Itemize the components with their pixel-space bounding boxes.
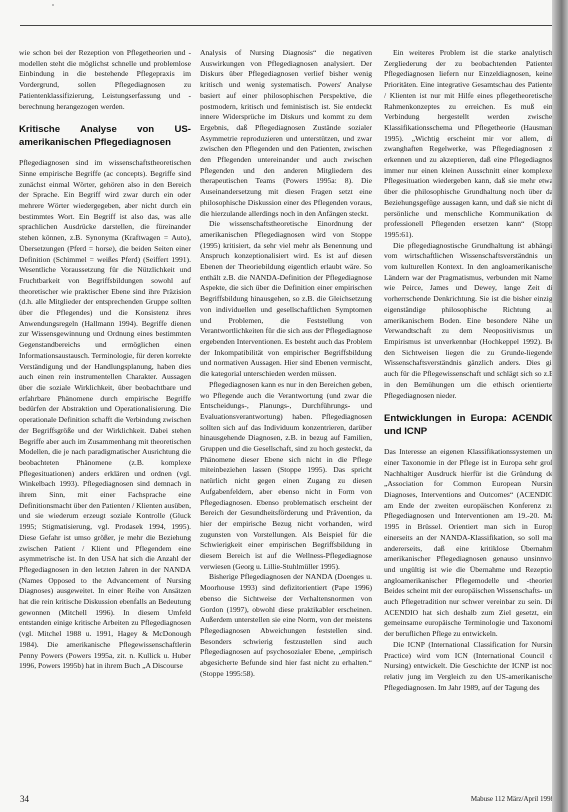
header-rule [20, 25, 555, 26]
body-paragraph: Bisherige Pflegediagnosen der NANDA (Doe… [200, 572, 372, 679]
scan-speck [52, 4, 54, 6]
column-3: Ein weiteres Problem ist die starke anal… [384, 48, 556, 693]
body-paragraph: Pflegediagnosen sind im wissenschaftsthe… [19, 158, 191, 672]
body-paragraph: Ein weiteres Problem ist die starke anal… [384, 48, 556, 241]
body-paragraph: Die pflegediagnostische Grundhaltung ist… [384, 241, 556, 402]
column-2: Analysis of Nursing Diagnosis“ die negat… [200, 48, 372, 679]
publication-info: Mabuse 112 März/April 1998 [471, 795, 554, 803]
body-paragraph: Analysis of Nursing Diagnosis“ die negat… [200, 48, 372, 219]
section-heading-kritische-analyse: Kritische Analyse von US-amerikanischen … [19, 124, 191, 149]
page-number: 34 [20, 794, 29, 804]
body-paragraph: Pflegediagnosen kann es nur in den Berei… [200, 380, 372, 573]
intro-paragraph: wie schon bei der Rezeption von Pflegeth… [19, 48, 191, 112]
column-1: wie schon bei der Rezeption von Pflegeth… [19, 48, 191, 672]
body-paragraph: Die wissenschaftstheoretische Einordnung… [200, 219, 372, 380]
body-paragraph: Die ICNP (International Classification f… [384, 640, 556, 694]
book-binding-shadow [552, 0, 568, 812]
section-heading-entwicklungen-europa: Entwicklungen in Europa: ACENDIO und ICN… [384, 413, 556, 438]
body-paragraph: Das Interesse an eigenen Klassifikations… [384, 447, 556, 640]
magazine-page: wie schon bei der Rezeption von Pflegeth… [0, 0, 568, 812]
